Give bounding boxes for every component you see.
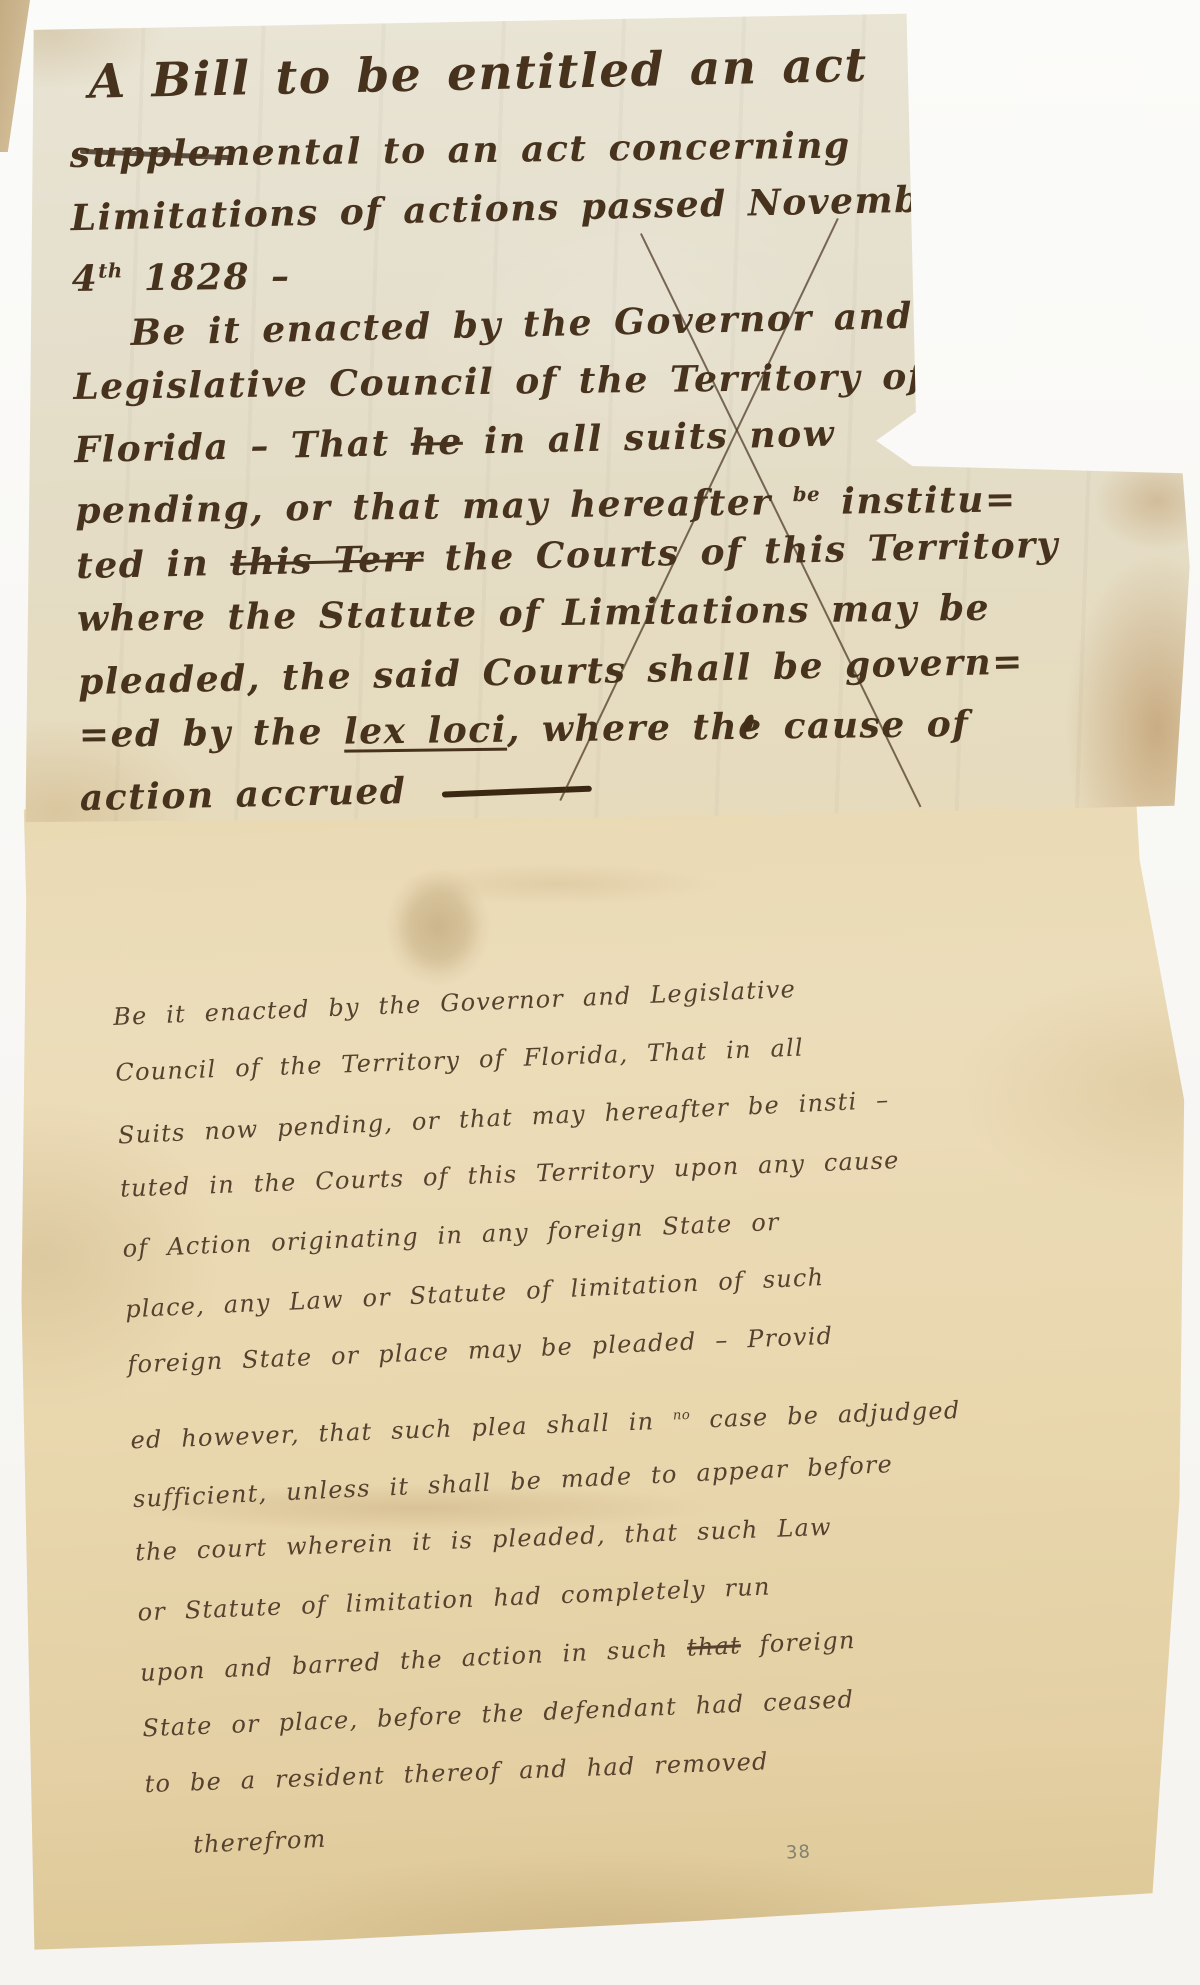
manuscript-text-segment: upon and barred the action in such (139, 1634, 687, 1687)
manuscript-text-segment: th (98, 258, 123, 282)
page-number: 38 (785, 1841, 811, 1863)
manuscript-text-segment: be (793, 482, 821, 506)
manuscript-text-segment: action accrued (79, 770, 428, 820)
manuscript-text-segment: ted in (76, 542, 231, 587)
manuscript-page: Be it enacted by the Governor and Legisl… (0, 0, 1200, 1985)
manuscript-text-segment: Legislative Council of the Territory of (73, 355, 946, 408)
manuscript-text-segment: the Courts of this Territory (423, 524, 1059, 580)
manuscript-line: supplemental to an act concerning (63, 113, 1169, 184)
top-sheet-text: A Bill to be entitled an actsupplemental… (62, 25, 1179, 824)
manuscript-text-segment: A Bill to be entitled an act (88, 38, 868, 110)
round-stain (386, 868, 490, 986)
ink-flourish-dash (441, 786, 591, 798)
manuscript-text-segment: foreign (740, 1626, 856, 1659)
manuscript-text-segment: to be a resident thereof and had removed (144, 1747, 769, 1798)
manuscript-text-segment: where the Statute of Limitations may be (77, 587, 990, 640)
manuscript-text-segment: supplemental to an act concerning (70, 124, 851, 176)
manuscript-text-segment: The (945, 354, 1026, 397)
manuscript-text-segment: case be adjudged (690, 1396, 961, 1434)
adjacent-paper-sliver (0, 0, 30, 152)
manuscript-text-segment: lex loci (344, 709, 507, 753)
top-manuscript-sheet: A Bill to be entitled an actsupplemental… (22, 12, 1192, 827)
manuscript-text-segment: in all suits now (462, 413, 835, 463)
manuscript-text-segment: no (673, 1408, 691, 1424)
bottom-sheet-text: Be it enacted by the Governor and Legisl… (112, 947, 1147, 1873)
bottom-manuscript-sheet: Be it enacted by the Governor and Legisl… (18, 752, 1190, 1952)
manuscript-text-segment: Florida – That (74, 422, 411, 471)
manuscript-text-segment: ed however, that such plea shall in (130, 1407, 674, 1455)
manuscript-text-segment: 1828 – (123, 255, 291, 299)
manuscript-text-segment: therefrom (193, 1825, 327, 1859)
manuscript-text-segment: the court wherein it is pleaded, that su… (135, 1513, 833, 1567)
manuscript-text-segment: that (686, 1631, 741, 1661)
manuscript-line: Legislative Council of the Territory of … (67, 345, 1173, 416)
manuscript-text-segment: =ed by the (79, 711, 345, 756)
manuscript-text-segment: he (410, 421, 463, 464)
manuscript-line: 4th 1828 – (65, 229, 1171, 300)
manuscript-text-segment: , where the cause of (507, 703, 970, 751)
manuscript-text-segment: institu= (820, 478, 1017, 522)
manuscript-text-segment: 4 (71, 258, 98, 300)
manuscript-text-segment: pleaded, the said Courts shall be govern… (78, 641, 1025, 704)
manuscript-text-segment: this Terr (230, 538, 424, 584)
manuscript-line: A Bill to be entitled an act (62, 21, 1169, 131)
